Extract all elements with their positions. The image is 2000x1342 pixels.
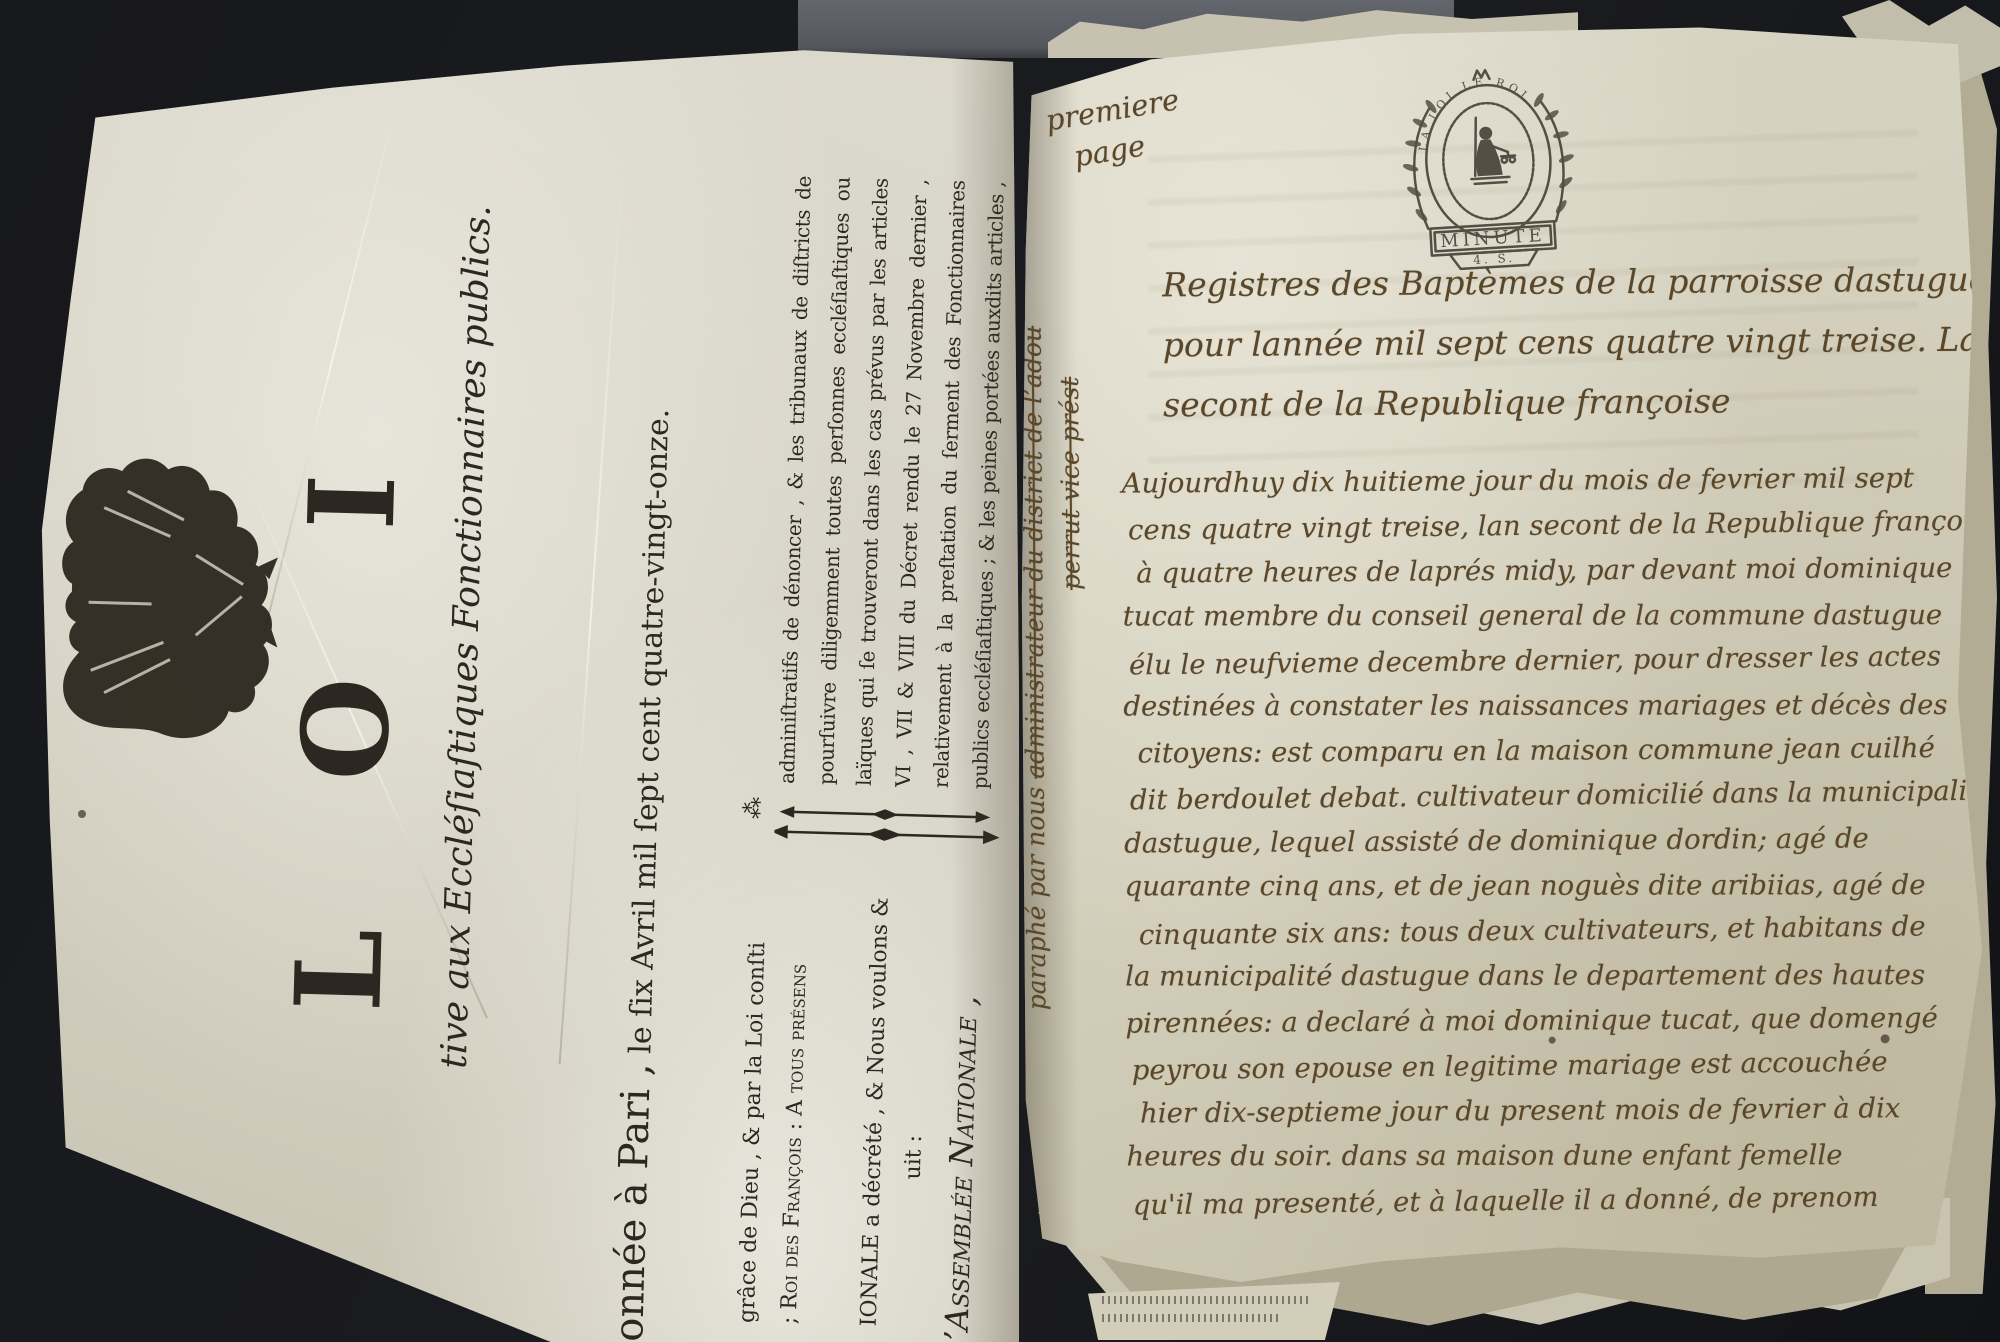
manuscript-line: destinées à constater les naissances mar…	[1123, 689, 1953, 735]
dateline-opening: onnée à Pari ,	[606, 1063, 660, 1342]
royal-formula-line: ; Roi des François : A tous préſens	[777, 963, 812, 1324]
manuscript-heading-line: pour lannée mil sept cens quatre vingt t…	[1163, 310, 2000, 376]
ink-spot	[1881, 1034, 1890, 1043]
manuscript-line: la municipalité dastugue dans le departe…	[1125, 959, 1955, 1005]
fold-shadow	[950, 45, 1020, 1342]
asterism-ornament: ⁂	[741, 797, 767, 820]
margin-note-prefix: paraphé par nous	[1021, 779, 1052, 1011]
eagle-woodcut-vignette	[42, 421, 286, 757]
law-subtitle: tive aux Eccléſiaſtiques Fonctionnaires …	[434, 205, 499, 1070]
manuscript-line: qu'il ma presenté, et à laquelle il a do…	[1133, 1180, 1957, 1234]
manuscript-line: élu le neufvieme decembre dernier, pour …	[1129, 640, 1953, 694]
manuscript-line: pirennées: a declaré à moi dominique tuc…	[1125, 1002, 1955, 1053]
royal-formula-line: IONALE a décrété , & Nous voulons &	[857, 897, 894, 1327]
royal-formula-line: grâce de Dieu , & par la Loi conſti	[735, 942, 771, 1324]
minute-stamp: LA LOI LE ROI	[1382, 47, 1595, 278]
fragment-print-marks	[1102, 1314, 1282, 1322]
register-heading: Registres des Baptèmes de la parroisse d…	[1162, 250, 2000, 436]
printed-document-rotated: LOI tive aux Eccléſiaſtiques Fonctionnai…	[35, 63, 1010, 1303]
stamp-ring-text: LA LOI LE ROI	[1412, 72, 1535, 153]
register-body: Aujourdhuy dix huitieme jour du mois de …	[1122, 462, 1957, 1233]
corner-annotation: premiere page	[1043, 79, 1189, 180]
royal-formula-line: uit :	[901, 1135, 927, 1180]
photograph-of-documents: LOI tive aux Eccléſiaſtiques Fonctionnai…	[0, 0, 2000, 1342]
manuscript-line: cens quatre vingt treise, lan secont de …	[1128, 505, 1952, 559]
manuscript-line: peyrou son epouse en legitime mariage es…	[1132, 1045, 1956, 1099]
margin-note-struck: administrateur du district de l’adou	[1018, 326, 1050, 779]
stamp-banner-text: MINUTE	[1440, 225, 1547, 252]
manuscript-line: heures du soir. dans sa maison dune enfa…	[1126, 1139, 1956, 1185]
manuscript-line: cinquante six ans: tous deux cultivateur…	[1139, 910, 1955, 964]
margin-annotation-line: perrut vice prést	[1050, 180, 1090, 590]
ink-spot	[78, 810, 86, 818]
manuscript-line: Aujourdhuy dix huitieme jour du mois de …	[1122, 462, 1952, 513]
manuscript-heading-line: Registres des Baptèmes de la parroisse d…	[1162, 250, 2000, 316]
manuscript-line: quarante cinq ans, et de jean noguès dit…	[1125, 869, 1955, 915]
stamp-justice-figure	[1468, 116, 1517, 185]
manuscript-line: hier dix-septieme jour du present mois d…	[1140, 1092, 1956, 1143]
left-page: LOI tive aux Eccléſiaſtiques Fonctionnai…	[30, 45, 1020, 1342]
manuscript-heading-line: secont de la Republique françoise	[1163, 370, 2000, 436]
right-page: premiere page LA LOI LE ROI	[1018, 25, 1985, 1305]
law-dateline: onnée à Pari , le ſix Avril mil ſept cen…	[606, 408, 678, 1342]
manuscript-line: dastugue, lequel assisté de dominique do…	[1124, 822, 1954, 873]
fragment-print-marks	[1102, 1296, 1312, 1304]
manuscript-line: dit berdoulet debat. cultivateur domicil…	[1130, 775, 1954, 829]
dateline-date: le ſix Avril mil ſept cent quatre-vingt-…	[623, 408, 676, 1064]
manuscript-line: citoyens: est comparu en la maison commu…	[1137, 732, 1953, 783]
manuscript-line: à quatre heures de laprés midy, par deva…	[1136, 552, 1952, 603]
margin-annotation-line: paraphé par nous administrateur du distr…	[1013, 180, 1056, 1010]
law-title: LOI	[268, 325, 426, 1014]
ink-spot	[1549, 1037, 1556, 1044]
manuscript-line: tucat membre du conseil general de la co…	[1123, 599, 1953, 645]
stamp-laurel-right	[1531, 90, 1578, 222]
margin-annotation: paraphé par nous administrateur du distr…	[1013, 180, 1093, 1010]
